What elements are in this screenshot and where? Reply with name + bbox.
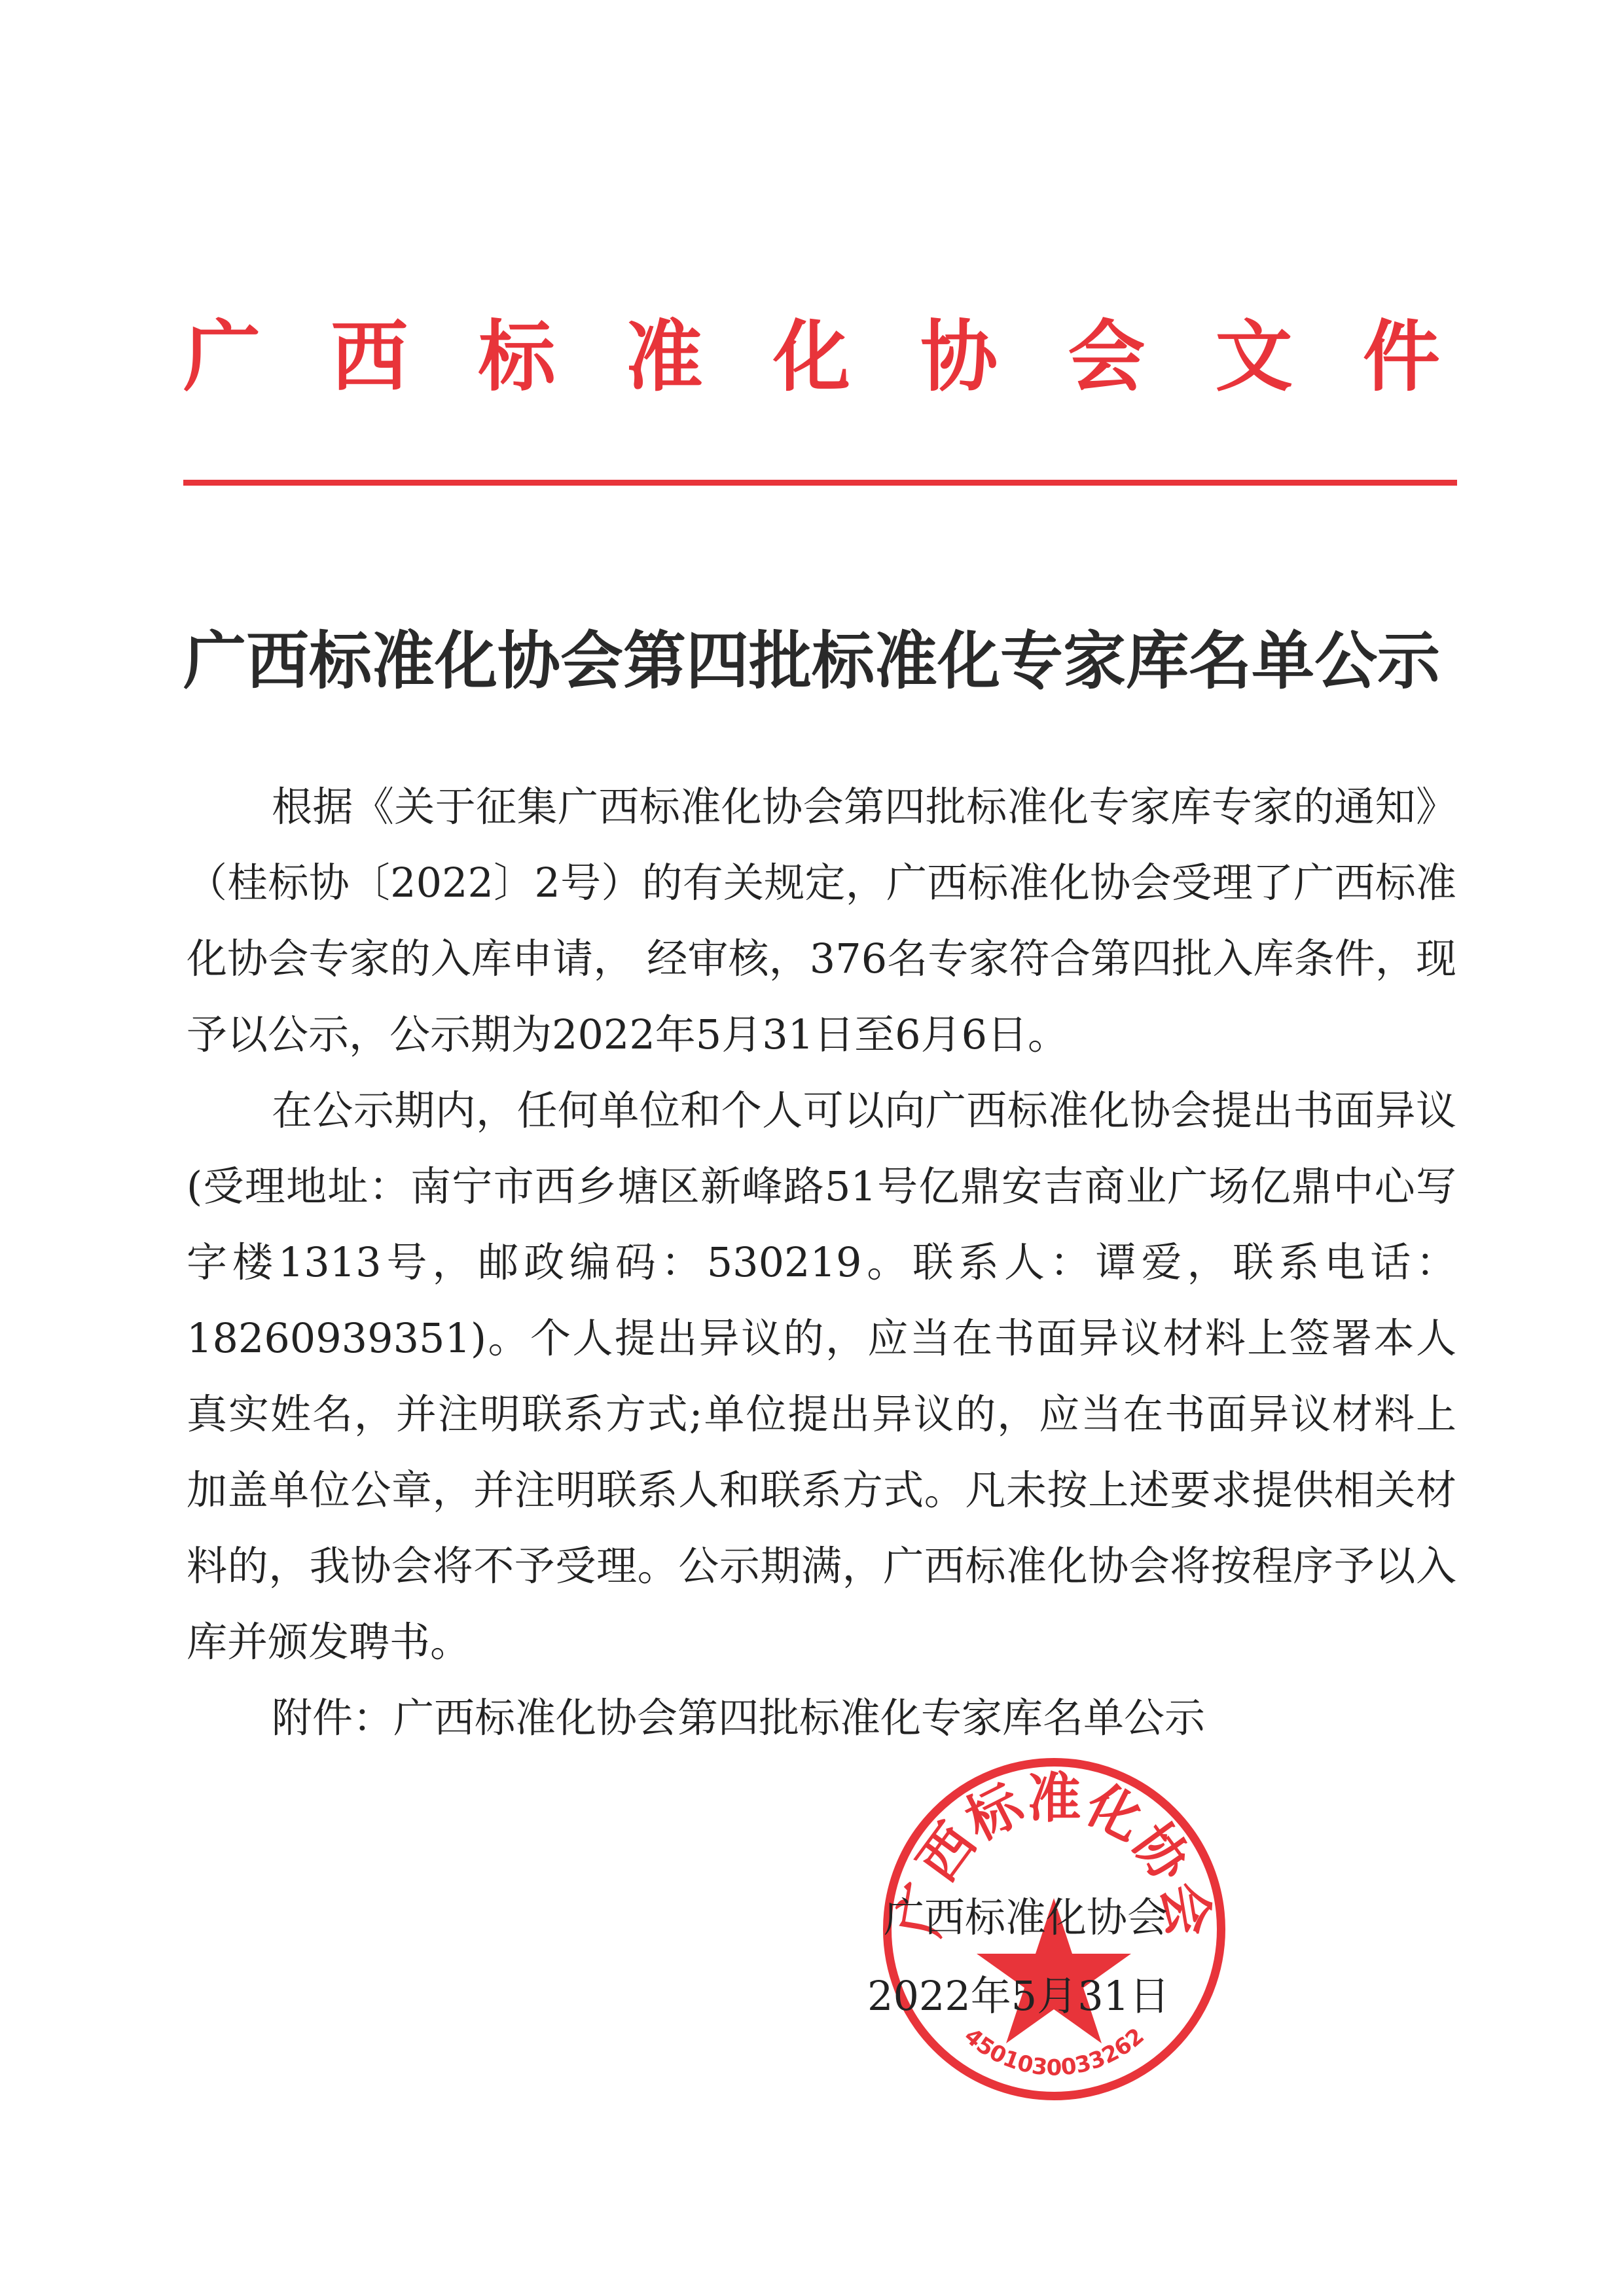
document-header-title: 广 西 标 准 化 协 会 文 件 bbox=[183, 314, 1440, 399]
attachment-note: 附件：广西标准化协会第四批标准化专家库名单公示 bbox=[187, 1680, 1456, 1756]
document-body: 根据《关于征集广西标准化协会第四批标准化专家库专家的通知》（桂标协〔2022〕2… bbox=[187, 769, 1456, 1756]
header-char: 协 bbox=[920, 314, 998, 399]
header-char: 西 bbox=[331, 314, 408, 399]
header-char: 文 bbox=[1216, 314, 1293, 399]
header-divider bbox=[183, 480, 1457, 486]
paragraph: 在公示期内，任何单位和个人可以向广西标准化协会提出书面异议(受理地址：南宁市西乡… bbox=[187, 1073, 1456, 1680]
header-char: 广 bbox=[183, 314, 261, 399]
header-char: 件 bbox=[1363, 314, 1440, 399]
svg-text:4501030033262: 4501030033262 bbox=[959, 2023, 1149, 2081]
signature-org: 广西标准化协会 bbox=[884, 1885, 1168, 1943]
header-char: 标 bbox=[478, 314, 555, 399]
paragraph: 根据《关于征集广西标准化协会第四批标准化专家库专家的通知》（桂标协〔2022〕2… bbox=[187, 769, 1456, 1073]
header-char: 准 bbox=[626, 314, 703, 399]
header-char: 会 bbox=[1068, 314, 1145, 399]
signature-date: 2022年5月31日 bbox=[867, 1964, 1170, 2022]
header-char: 化 bbox=[773, 314, 850, 399]
document-title: 广西标准化协会第四批标准化专家库名单公示 bbox=[177, 625, 1447, 697]
